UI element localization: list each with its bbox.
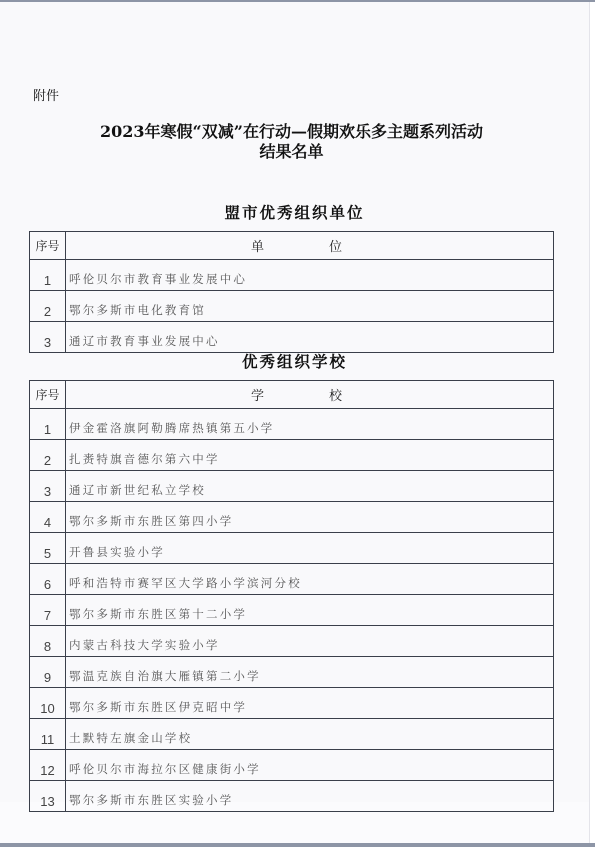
table-row: 3 通辽市新世纪私立学校	[30, 471, 554, 502]
school-name: 鄂尔多斯市东胜区实验小学	[66, 781, 554, 812]
unit-name: 鄂尔多斯市电化教育馆	[66, 291, 554, 322]
row-number: 10	[30, 688, 66, 719]
school-name: 土默特左旗金山学校	[66, 719, 554, 750]
table-row: 13 鄂尔多斯市东胜区实验小学	[30, 781, 554, 812]
row-number: 2	[30, 440, 66, 471]
row-number: 4	[30, 502, 66, 533]
table-header-row: 序号 学 校	[30, 381, 554, 409]
school-name: 鄂尔多斯市东胜区第四小学	[66, 502, 554, 533]
row-number: 3	[30, 471, 66, 502]
table-row: 1 伊金霍洛旗阿勒腾席热镇第五小学	[30, 409, 554, 440]
schools-table: 序号 学 校 1 伊金霍洛旗阿勒腾席热镇第五小学 2 扎赉特旗音德尔第六中学 3…	[29, 380, 554, 812]
table-row: 9 鄂温克族自治旗大雁镇第二小学	[30, 657, 554, 688]
table-row: 11 土默特左旗金山学校	[30, 719, 554, 750]
school-name: 鄂尔多斯市东胜区第十二小学	[66, 595, 554, 626]
column-header-no: 序号	[30, 232, 66, 260]
table-row: 4 鄂尔多斯市东胜区第四小学	[30, 502, 554, 533]
row-number: 2	[30, 291, 66, 322]
table-row: 5 开鲁县实验小学	[30, 533, 554, 564]
row-number: 6	[30, 564, 66, 595]
table-row: 10 鄂尔多斯市东胜区伊克昭中学	[30, 688, 554, 719]
units-table: 序号 单 位 1 呼伦贝尔市教育事业发展中心 2 鄂尔多斯市电化教育馆 3 通辽…	[29, 231, 554, 353]
row-number: 1	[30, 260, 66, 291]
row-number: 13	[30, 781, 66, 812]
unit-name: 通辽市教育事业发展中心	[66, 322, 554, 353]
school-name: 鄂温克族自治旗大雁镇第二小学	[66, 657, 554, 688]
row-number: 3	[30, 322, 66, 353]
table-row: 12 呼伦贝尔市海拉尔区健康街小学	[30, 750, 554, 781]
table-row: 6 呼和浩特市赛罕区大学路小学滨河分校	[30, 564, 554, 595]
school-name: 鄂尔多斯市东胜区伊克昭中学	[66, 688, 554, 719]
units-section-heading: 盟市优秀组织单位	[0, 201, 589, 223]
document-subtitle: 结果名单	[0, 142, 586, 162]
school-name: 呼和浩特市赛罕区大学路小学滨河分校	[66, 564, 554, 595]
school-name: 通辽市新世纪私立学校	[66, 471, 554, 502]
attachment-label: 附件	[33, 85, 59, 104]
document-title: 2023年寒假“双减”在行动—假期欢乐多主题系列活动	[0, 122, 586, 142]
row-number: 7	[30, 595, 66, 626]
table-row: 8 内蒙古科技大学实验小学	[30, 626, 554, 657]
viewer-bottom-edge	[0, 843, 595, 847]
table-header-row: 序号 单 位	[30, 232, 554, 260]
row-number: 8	[30, 626, 66, 657]
row-number: 5	[30, 533, 66, 564]
column-header-no: 序号	[30, 381, 66, 409]
row-number: 11	[30, 719, 66, 750]
table-row: 2 扎赉特旗音德尔第六中学	[30, 440, 554, 471]
table-row: 1 呼伦贝尔市教育事业发展中心	[30, 260, 554, 291]
row-number: 1	[30, 409, 66, 440]
school-name: 内蒙古科技大学实验小学	[66, 626, 554, 657]
table-row: 3 通辽市教育事业发展中心	[30, 322, 554, 353]
table-row: 7 鄂尔多斯市东胜区第十二小学	[30, 595, 554, 626]
school-name: 扎赉特旗音德尔第六中学	[66, 440, 554, 471]
table-row: 2 鄂尔多斯市电化教育馆	[30, 291, 554, 322]
row-number: 9	[30, 657, 66, 688]
row-number: 12	[30, 750, 66, 781]
column-header-school: 学 校	[66, 381, 554, 409]
school-name: 伊金霍洛旗阿勒腾席热镇第五小学	[66, 409, 554, 440]
column-header-unit: 单 位	[66, 232, 554, 260]
school-name: 呼伦贝尔市海拉尔区健康街小学	[66, 750, 554, 781]
school-name: 开鲁县实验小学	[66, 533, 554, 564]
schools-section-heading: 优秀组织学校	[0, 350, 589, 372]
unit-name: 呼伦贝尔市教育事业发展中心	[66, 260, 554, 291]
